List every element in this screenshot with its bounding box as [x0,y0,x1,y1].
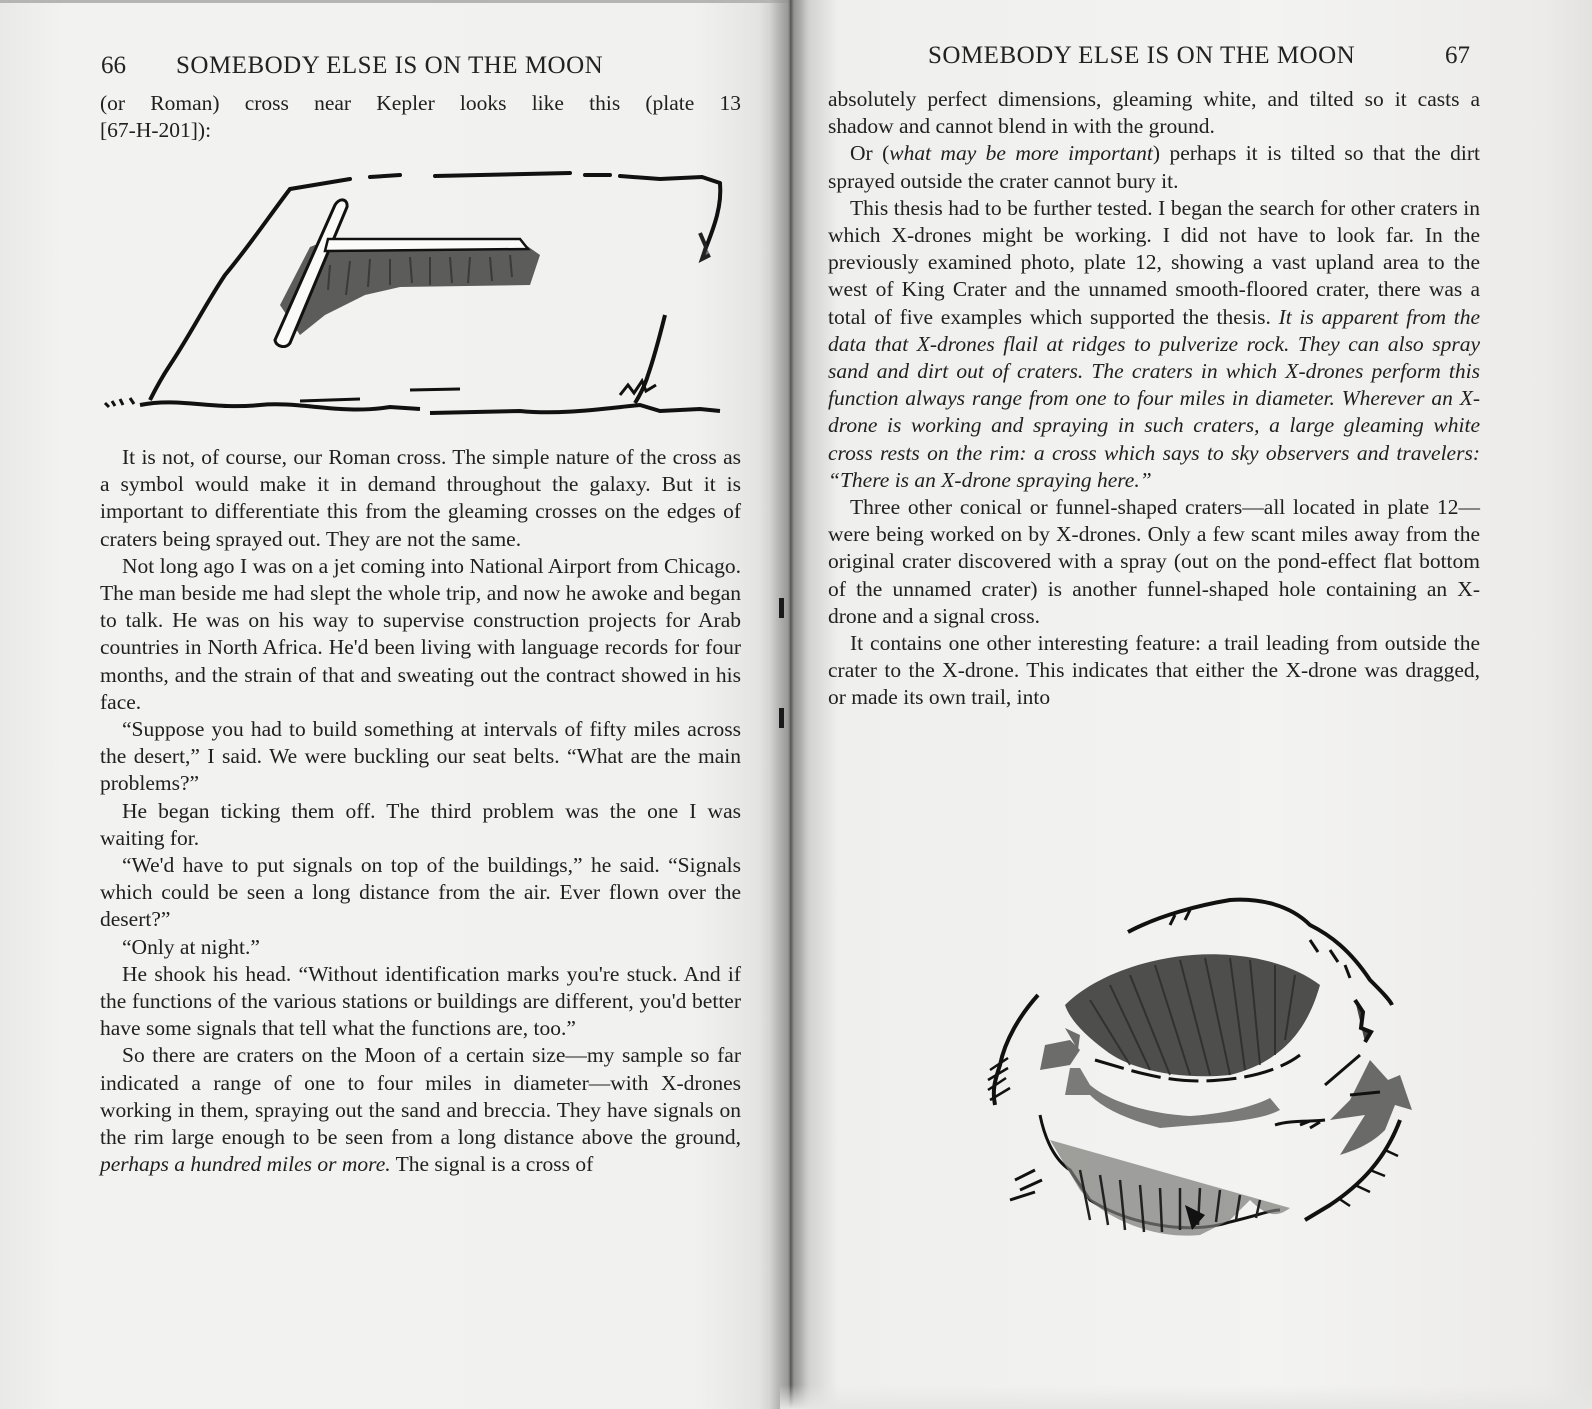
page-top-edge [0,0,790,3]
crater-drawing-icon [930,870,1450,1260]
gutter-mark [779,708,784,728]
paragraph: “We'd have to put signals on top of the … [100,852,741,934]
crater-with-crosses-illustration [930,870,1450,1260]
paragraph: So there are craters on the Moon of a ce… [100,1042,741,1178]
paragraph: Or (what may be more important) perhaps … [828,140,1480,194]
paragraph: Not long ago I was on a jet coming into … [100,553,741,716]
paragraph: “Only at night.” [100,934,741,961]
paragraph: absolutely perfect dimensions, gleaming … [828,86,1480,140]
paragraph: “Suppose you had to build something at i… [100,716,741,798]
paragraph-text: Or ( [850,141,889,165]
paragraph: This thesis had to be further tested. I … [828,195,1480,494]
emphasis-text: perhaps a hundred miles or more. [100,1152,391,1176]
paragraph: Three other conical or funnel-shaped cra… [828,494,1480,630]
intro-text: (or Roman) cross near Kepler looks like … [100,90,741,144]
page-bottom-edge [780,1385,1592,1409]
roman-cross-illustration [100,165,750,425]
right-page: SOMEBODY ELSE IS ON THE MOON 67 absolute… [790,0,1592,1409]
paragraph-text: The signal is a cross of [391,1152,594,1176]
body-text: It is not, of course, our Roman cross. T… [100,444,741,1178]
book-gutter [770,0,810,1409]
paragraph: He shook his head. “Without identificati… [100,961,741,1043]
running-head: SOMEBODY ELSE IS ON THE MOON [928,42,1355,70]
gutter-mark [779,598,784,618]
book-spread: 66 SOMEBODY ELSE IS ON THE MOON (or Roma… [0,0,1592,1409]
paragraph: It contains one other interesting featur… [828,630,1480,712]
page-number: 66 [101,52,126,80]
body-text: absolutely perfect dimensions, gleaming … [828,86,1480,712]
paragraph: He began ticking them off. The third pro… [100,798,741,852]
emphasis-text: It is apparent from the data that X-dron… [828,305,1480,492]
paragraph: It is not, of course, our Roman cross. T… [100,444,741,553]
intro-line: [67-H-201]): [100,117,741,144]
emphasis-text: what may be more important [889,141,1153,165]
page-number: 67 [1445,42,1470,70]
left-page: 66 SOMEBODY ELSE IS ON THE MOON (or Roma… [0,0,790,1409]
running-head: SOMEBODY ELSE IS ON THE MOON [176,52,603,80]
paragraph-text: So there are craters on the Moon of a ce… [100,1043,741,1149]
intro-line: (or Roman) cross near Kepler looks like … [100,90,741,117]
roman-cross-drawing-icon [100,165,750,425]
